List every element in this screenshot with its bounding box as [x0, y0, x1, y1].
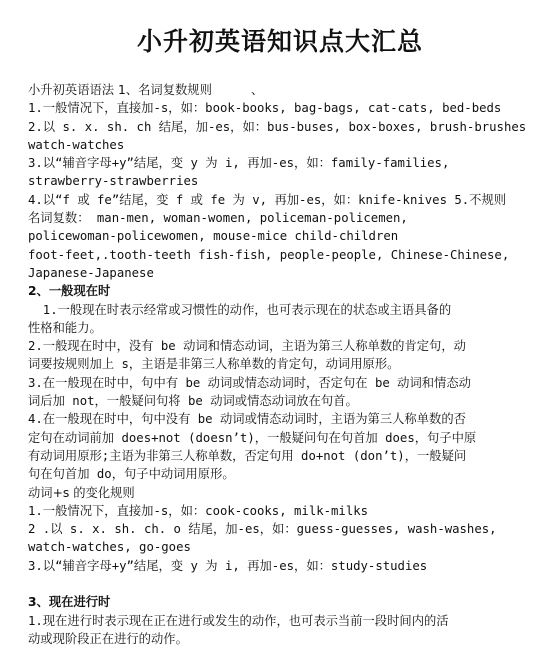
text-line: foot-feet,.tooth-teeth fish-fish, people…: [28, 246, 528, 264]
blank-line: [28, 575, 528, 593]
text-line: 3.以“辅音字母+y”结尾，变 y 为 i, 再加-es，如：family-fa…: [28, 154, 528, 172]
section-heading-noun-plural: 小升初英语语法 1、名词复数规则 、: [28, 81, 528, 99]
text-line: 性格和能力。: [28, 319, 528, 337]
text-line: watch-watches, go-goes: [28, 538, 528, 556]
text-line: 1.一般现在时表示经常或习惯性的动作，也可表示现在的状态或主语具备的: [28, 301, 528, 319]
text-line: 2.一般现在时中，没有 be 动词和情态动词，主语为第三人称单数的肯定句，动: [28, 337, 528, 355]
subheading-verb-s-rules: 动词+s 的变化规则: [28, 484, 528, 502]
document-title: 小升初英语知识点大汇总: [0, 22, 560, 58]
text-line: 2.以 s. x. sh. ch 结尾，加-es，如：bus-buses, bo…: [28, 118, 528, 136]
text-line: 定句在动词前加 does+not (doesn’t)，一般疑问句在句首加 doe…: [28, 429, 528, 447]
text-line: strawberry-strawberries: [28, 172, 528, 190]
text-line: 4.以“f 或 fe”结尾，变 f 或 fe 为 v, 再加-es，如：knif…: [28, 191, 528, 209]
text-line: 2 .以 s. x. sh. ch. o 结尾，加-es，如：guess-gue…: [28, 520, 528, 538]
text-line: 1.一般情况下，直接加-s，如：cook-cooks, milk-milks: [28, 502, 528, 520]
text-line: 句在句首加 do，句子中动词用原形。: [28, 465, 528, 483]
section-heading-present-continuous: 3、现在进行时: [28, 593, 528, 611]
text-line: 1.一般情况下，直接加-s，如：book-books, bag-bags, ca…: [28, 99, 528, 117]
text-line: 3.以“辅音字母+y”结尾，变 y 为 i, 再加-es，如：study-stu…: [28, 557, 528, 575]
text-line: watch-watches: [28, 136, 528, 154]
text-line: 3.在一般现在时中，句中有 be 动词或情态动词时，否定句在 be 动词和情态动: [28, 374, 528, 392]
text-line: 动或现阶段正在进行的动作。: [28, 630, 528, 648]
text-line: policewoman-policewomen, mouse-mice chil…: [28, 227, 528, 245]
text-line: Japanese-Japanese: [28, 264, 528, 282]
text-line: 有动词用原形;主语为非第三人称单数，否定句用 do+not (don’t)，一般…: [28, 447, 528, 465]
text-line: 1.现在进行时表示现在正在进行或发生的动作，也可表示当前一段时间内的活: [28, 612, 528, 630]
text-line: 词要按规则加上 s，主语是非第三人称单数的肯定句，动词用原形。: [28, 355, 528, 373]
document-page: 小升初英语知识点大汇总 小升初英语语法 1、名词复数规则 、 1.一般情况下，直…: [0, 0, 560, 650]
document-body: 小升初英语语法 1、名词复数规则 、 1.一般情况下，直接加-s，如：book-…: [28, 81, 528, 648]
section-heading-simple-present: 2、一般现在时: [28, 282, 528, 300]
text-line: 词后加 not，一般疑问句将 be 动词或情态动词放在句首。: [28, 392, 528, 410]
text-line: 4.在一般现在时中，句中没有 be 动词或情态动词时，主语为第三人称单数的否: [28, 410, 528, 428]
text-line: 名词复数： man-men, woman-women, policeman-po…: [28, 209, 528, 227]
